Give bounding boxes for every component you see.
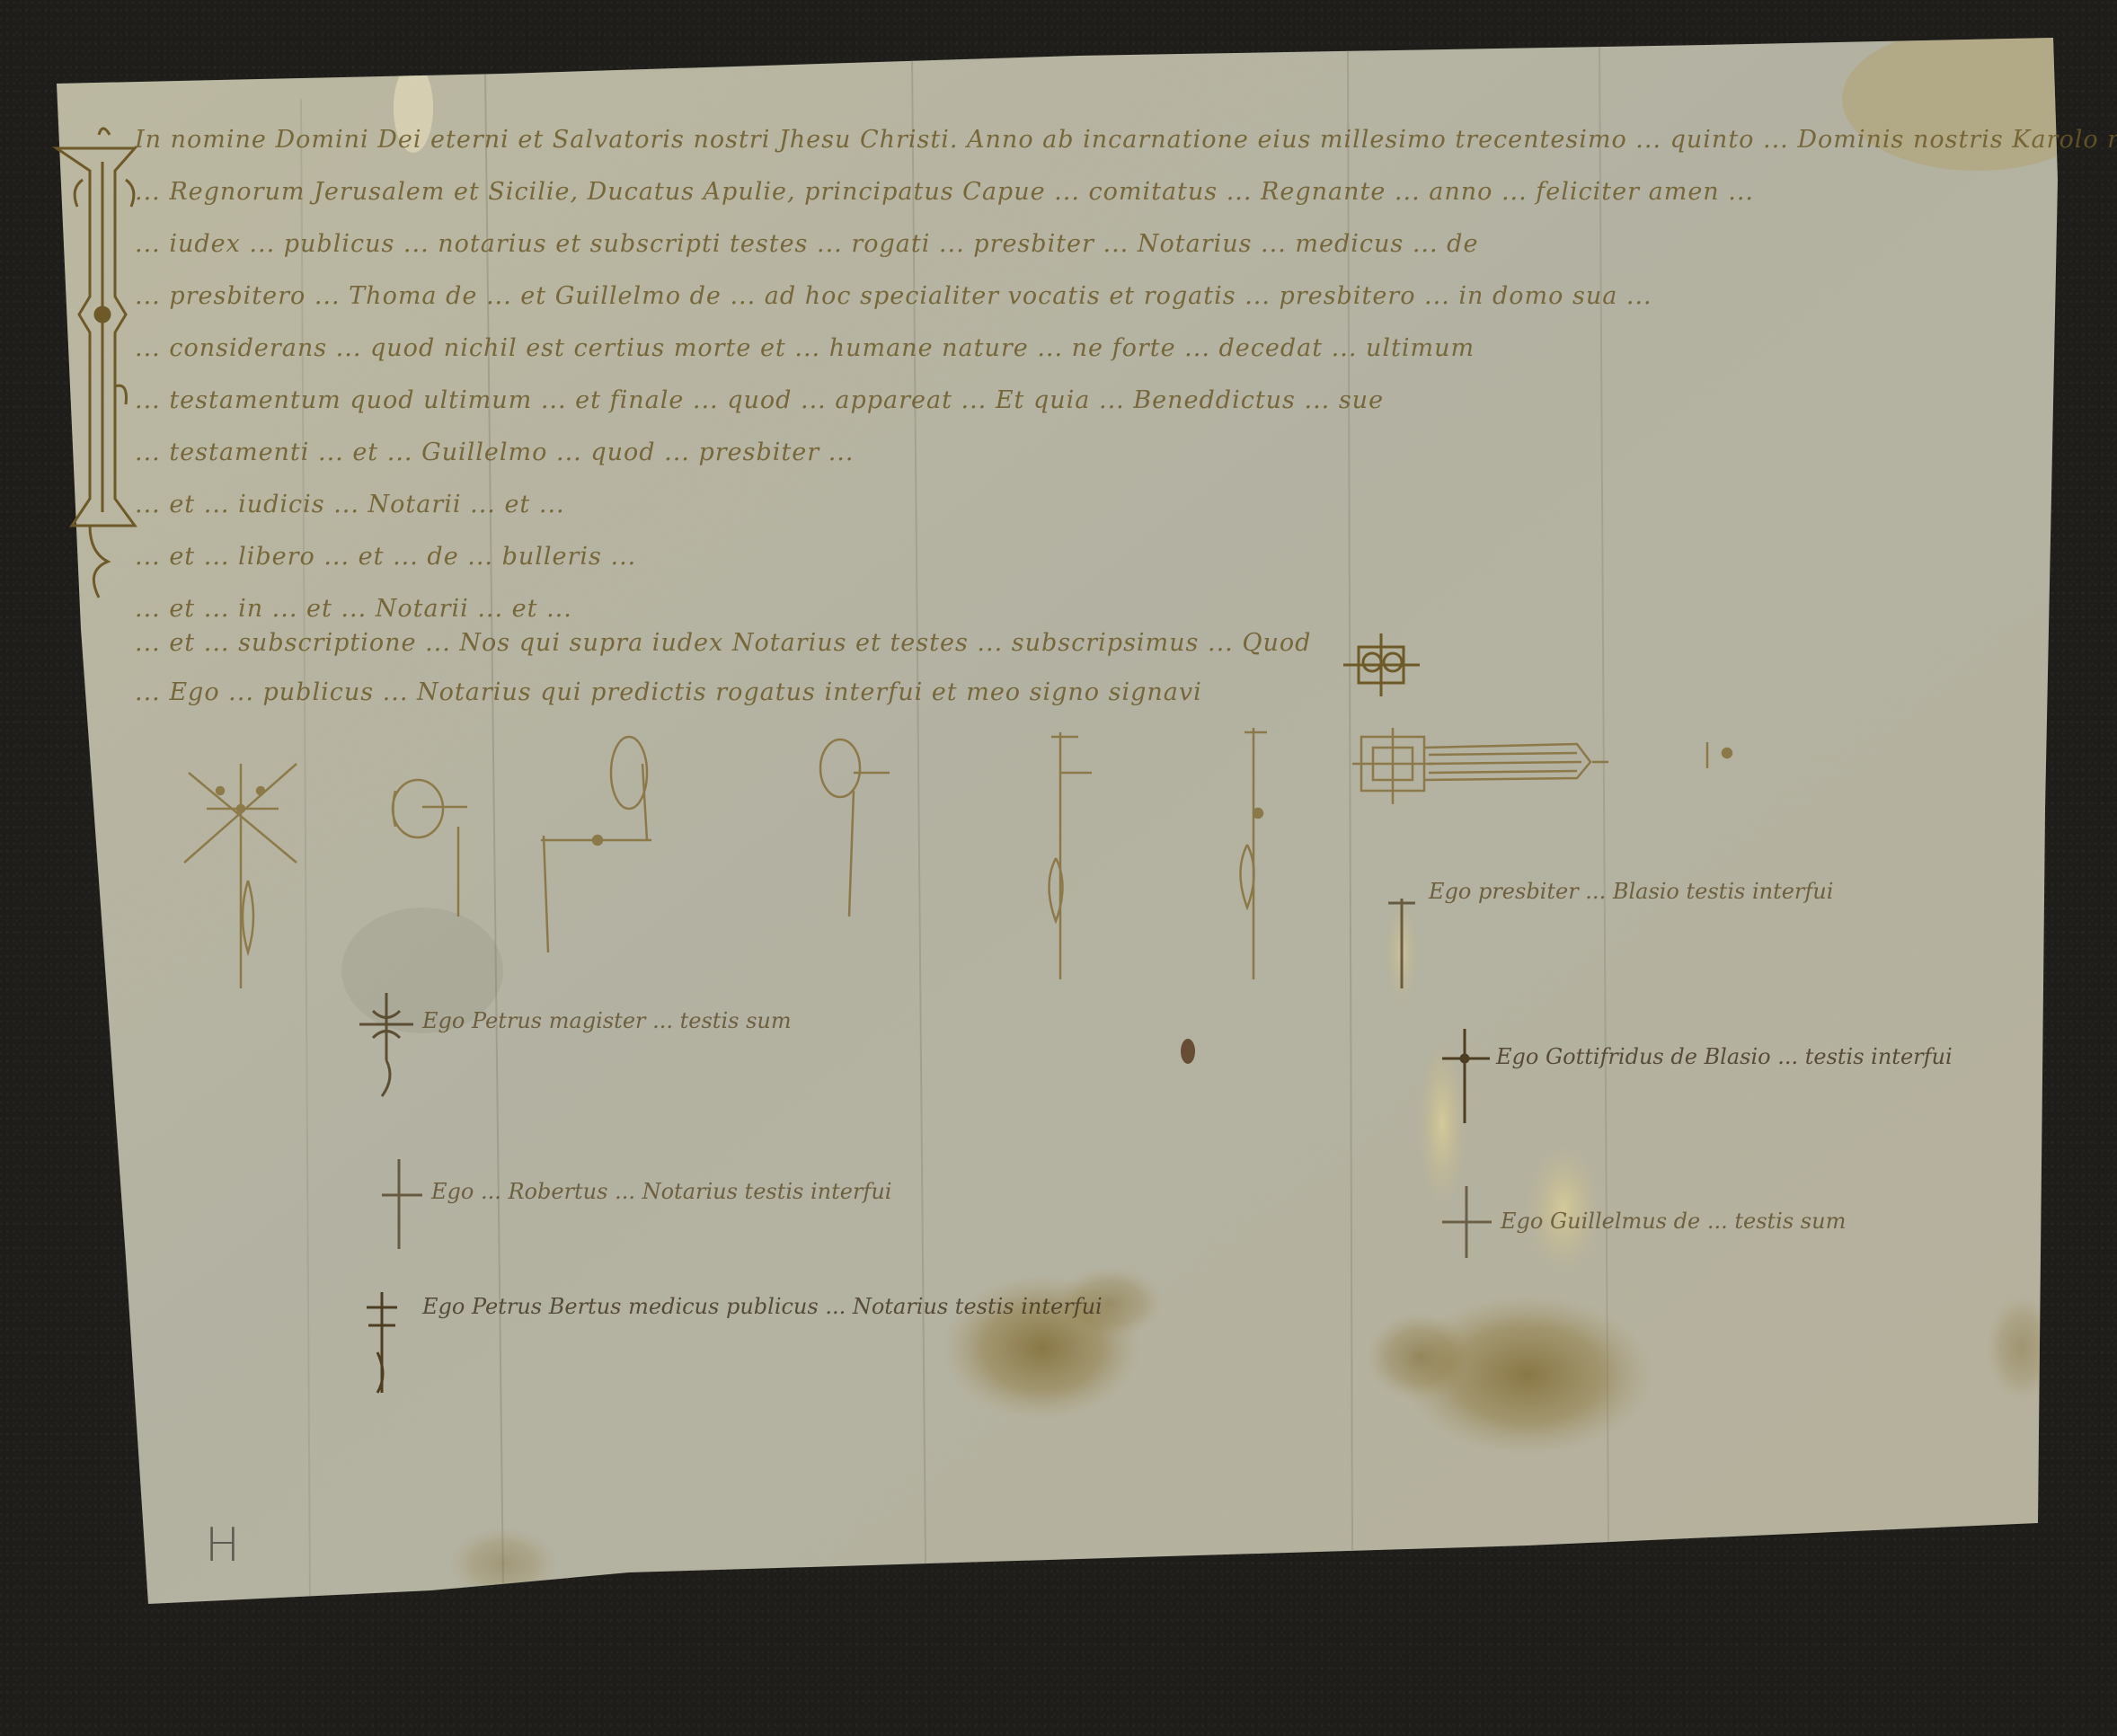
text-line-9: ... et ... libero ... et ... de ... bull… [135,543,636,571]
text-line-2: ... Regnorum Jerusalem et Sicilie, Ducat… [135,178,1754,206]
text-line-12: ... Ego ... publicus ... Notarius qui pr… [135,678,1202,706]
photo-stage: In nomine Domini Dei eterni et Salvatori… [0,0,2117,1736]
subscription-left-2: Ego ... Robertus ... Notarius testis int… [431,1179,891,1204]
text-line-11: ... et ... subscriptione ... Nos qui sup… [135,629,1311,657]
subscription-right-1: Ego presbiter ... Blasio testis interfui [1429,879,1833,904]
parchment-sheet [0,0,2117,1736]
subscription-left-3: Ego Petrus Bertus medicus publicus ... N… [422,1294,1103,1319]
text-line-10: ... et ... in ... et ... Notarii ... et … [135,595,572,623]
text-line-3: ... iudex ... publicus ... notarius et s… [135,230,1478,258]
text-line-7: ... testamenti ... et ... Guillelmo ... … [135,438,854,466]
subscription-right-2: Ego Gottifridus de Blasio ... testis int… [1496,1044,1953,1069]
text-line-8: ... et ... iudicis ... Notarii ... et ..… [135,491,565,518]
text-line-1: In nomine Domini Dei eterni et Salvatori… [135,126,2117,154]
text-line-4: ... presbitero ... Thoma de ... et Guill… [135,282,1652,310]
text-line-6: ... testamentum quod ultimum ... et fina… [135,386,1384,414]
text-line-5: ... considerans ... quod nichil est cert… [135,334,1475,362]
subscription-left-1: Ego Petrus magister ... testis sum [422,1008,792,1033]
archive-mark: H [205,1519,240,1572]
subscription-right-3: Ego Guillelmus de ... testis sum [1501,1209,1846,1234]
